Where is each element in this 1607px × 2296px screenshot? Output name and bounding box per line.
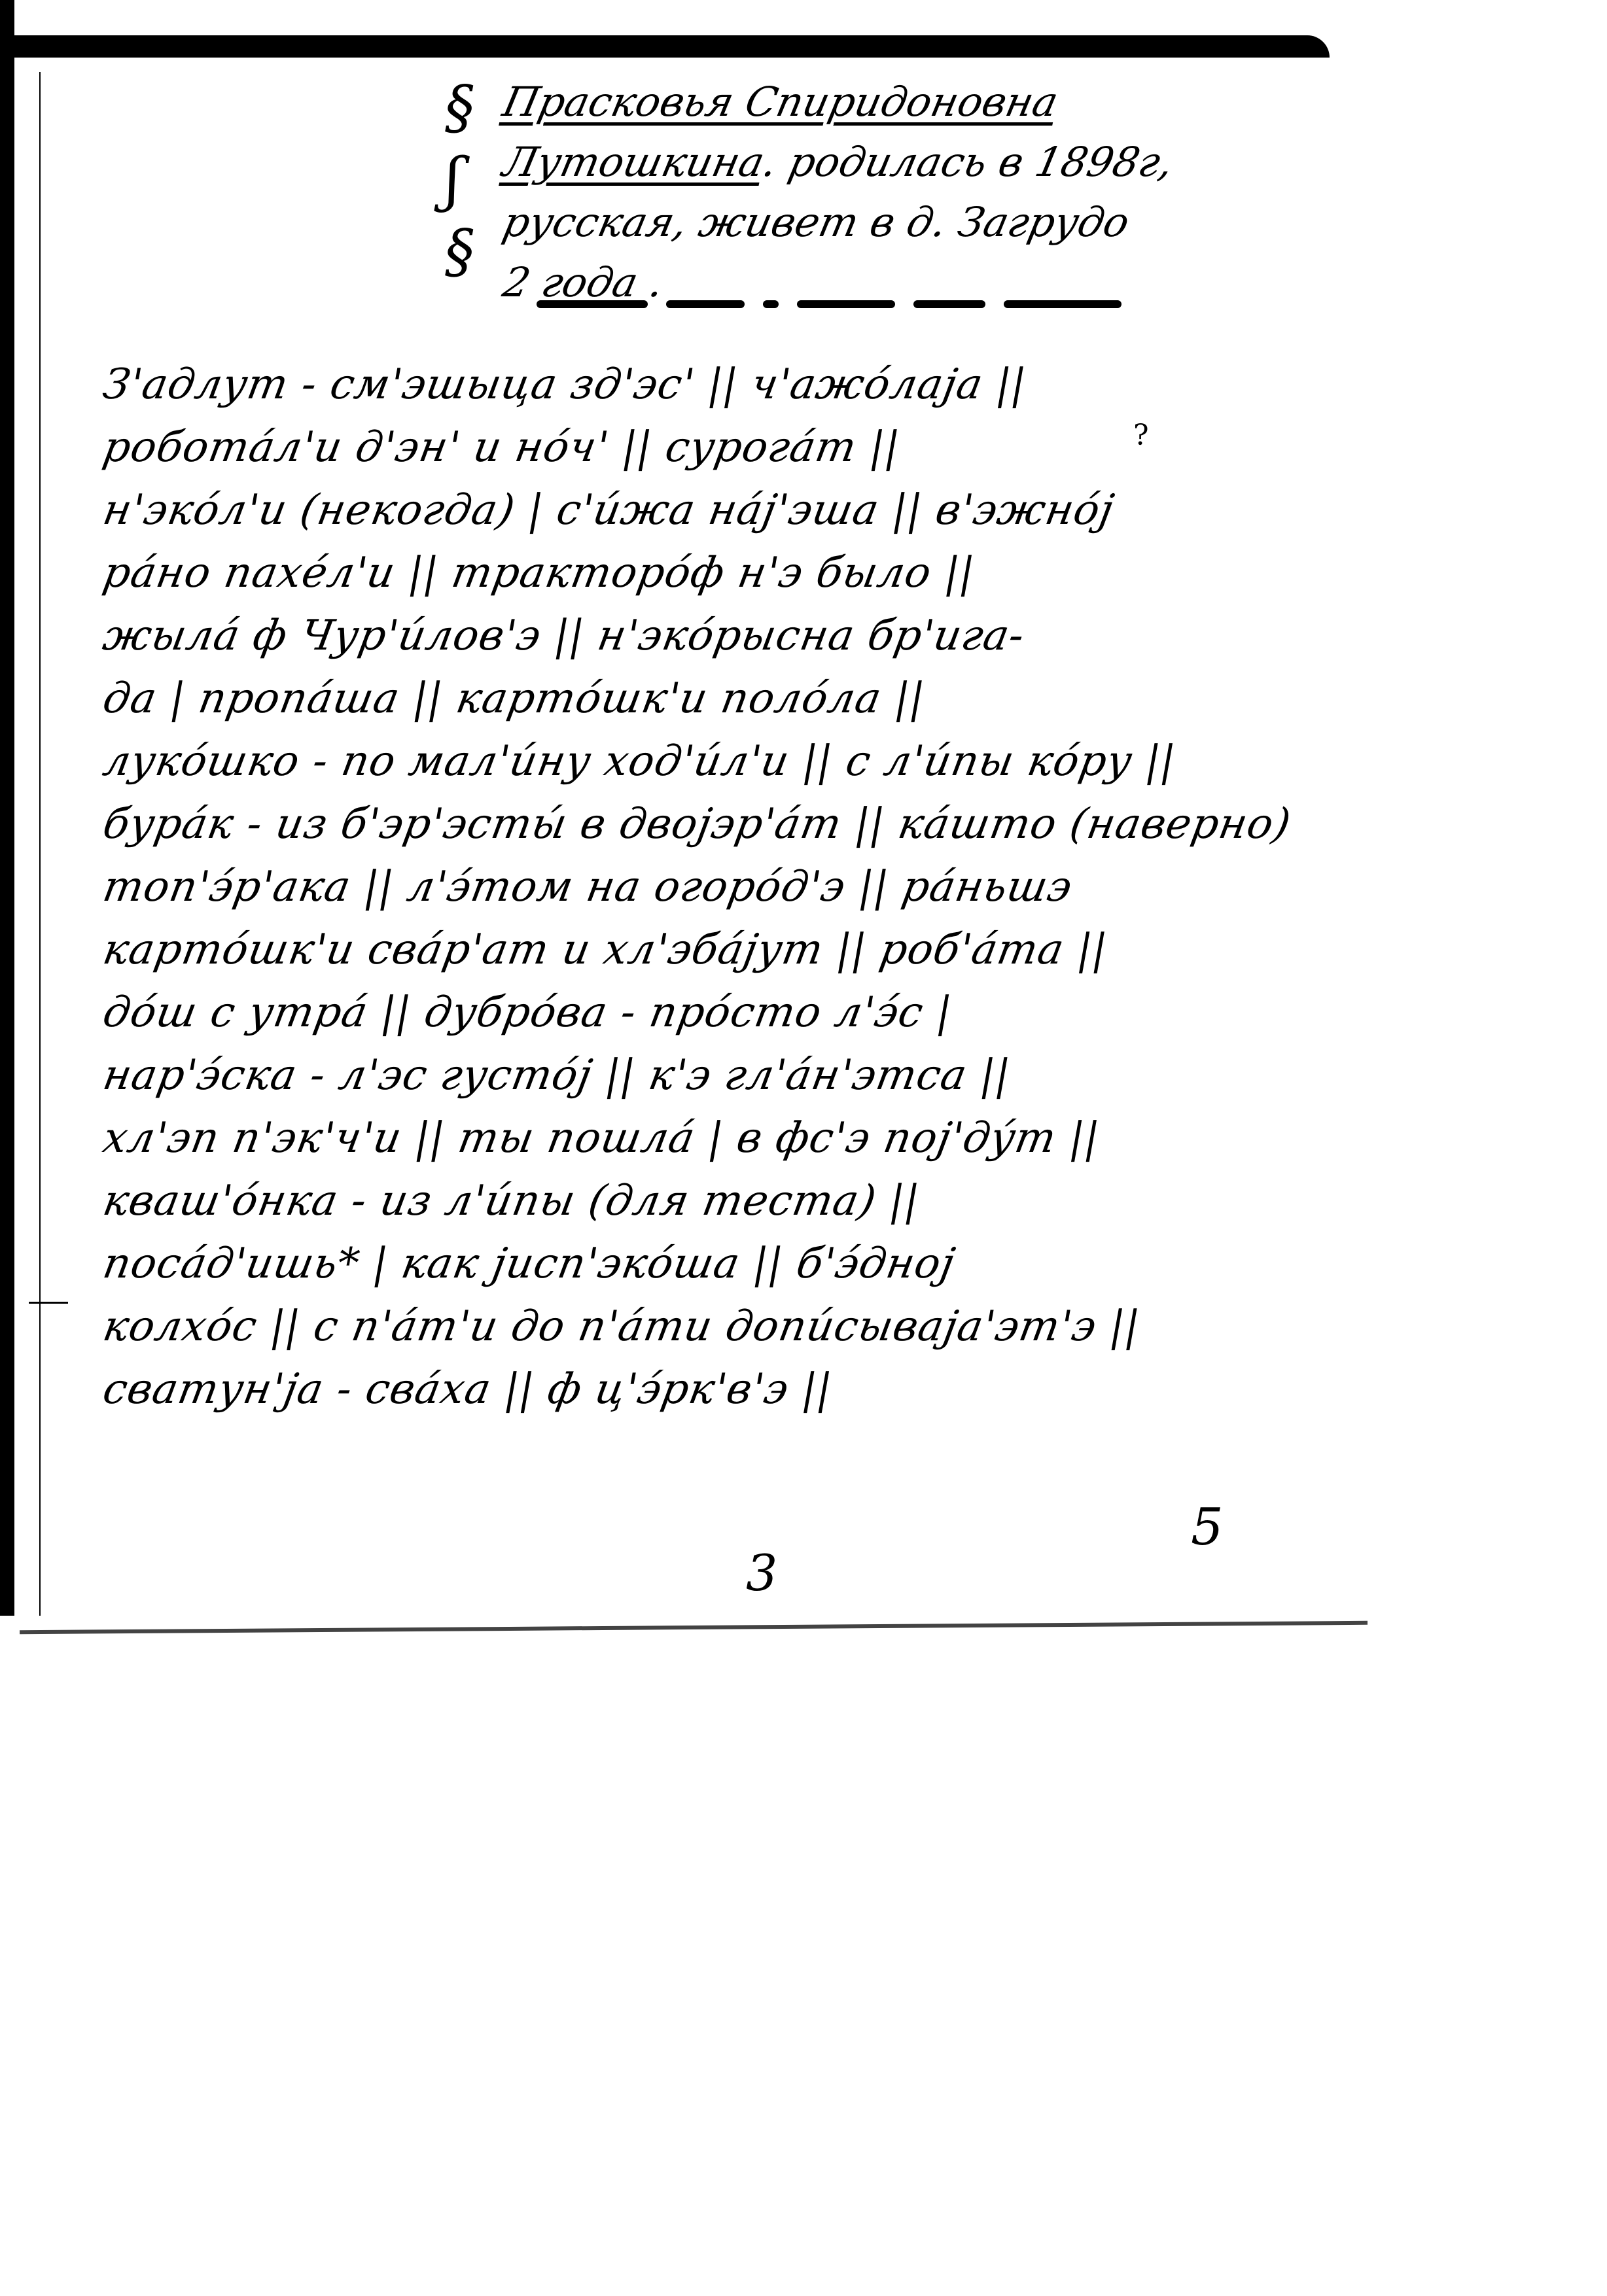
- scan-top-edge: [14, 35, 1330, 58]
- informant-surname: Лутошкина: [499, 138, 769, 186]
- transcript-line: З'адлут - см'эшыца зд'эс' || ч'ажо́лаја …: [98, 353, 1287, 416]
- transcript-line: нар'э́ска - л'эс густо́ј || к'э гл'а́н'э…: [98, 1044, 1287, 1107]
- transcript-line: сватун'ја - сва́ха || ф ц'э́рк'в'э ||: [98, 1358, 1287, 1421]
- fold-crease: [29, 1302, 68, 1304]
- page-number-bottom: 3: [746, 1544, 777, 1602]
- margin-question-mark: ?: [1133, 419, 1149, 452]
- header-line-3: русская, живет в д. Загрудо: [497, 192, 1296, 252]
- transcript-line: карто́шк'и сва́р'ат и хл'эба́јут || роб'…: [98, 918, 1287, 981]
- transcript-line: до́ш с утра́ || дубро́ва - про́сто л'э́с…: [98, 981, 1287, 1044]
- page-bottom-edge: [20, 1621, 1368, 1634]
- header-line-1: Прасковья Спиридоновна: [497, 72, 1296, 132]
- transcript-line: робота́л'и д'эн' и но́ч' || сурога́т ||: [98, 416, 1287, 479]
- transcript-line: топ'э́р'ака || л'э́том на огоро́д'э || р…: [98, 856, 1287, 918]
- transcript-line: да | пропа́ша || карто́шк'и поло́ла ||: [98, 667, 1287, 730]
- transcript-line: кваш'о́нка - из л'и́пы (для теста) ||: [98, 1170, 1287, 1232]
- header-line-2: Лутошкина. родилась в 1898г,: [497, 132, 1296, 192]
- transcript-body: З'адлут - см'эшыца зд'эс' || ч'ажо́лаја …: [98, 353, 1276, 1421]
- transcript-line: жыла́ ф Чур'и́лов'э || н'эко́рысна бр'иг…: [98, 604, 1287, 667]
- page-number-right: 5: [1191, 1498, 1224, 1557]
- birth-info: . родилась в 1898г,: [758, 138, 1177, 186]
- informant-name: Прасковья Спиридоновна: [499, 78, 1063, 126]
- transcript-line: н'эко́л'и (некогда) | с'и́жа на́ј'эша ||…: [98, 479, 1287, 542]
- transcript-line: хл'эп п'эк'ч'и || ты пошла́ | в фс'э пој…: [98, 1107, 1287, 1170]
- scan-left-edge: [0, 0, 14, 1616]
- transcript-line: поса́д'ишь* | как јисп'эко́ша || б'э́дно…: [98, 1232, 1287, 1295]
- informant-header: §ʃ§ Прасковья Спиридоновна Лутошкина. ро…: [497, 72, 1282, 334]
- ornament-scroll-icon: §ʃ§: [445, 72, 491, 307]
- transcript-line: ра́но пахе́л'и || тракторо́ф н'э было ||: [98, 542, 1287, 604]
- transcript-line: бура́к - из б'эр'эсты́ в двојэр'а́т || к…: [98, 793, 1287, 856]
- header-flourish-divider: [537, 294, 1269, 314]
- page-margin-line: [39, 72, 41, 1616]
- transcript-line: колхо́с || с п'а́т'и до п'а́ти допи́сыва…: [98, 1295, 1287, 1358]
- transcript-line: луко́шко - по мал'и́ну ход'и́л'и || с л'…: [98, 730, 1287, 793]
